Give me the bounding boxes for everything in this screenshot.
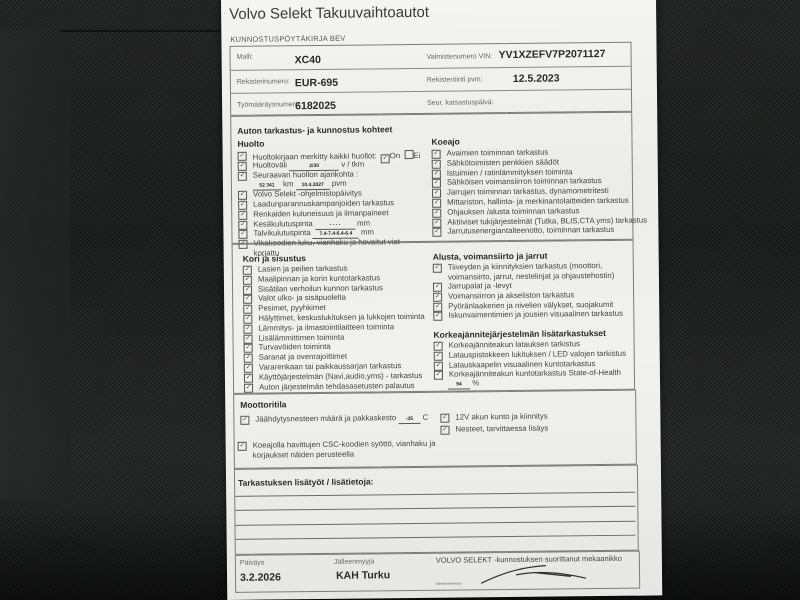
dealer-value: KAH Turku [336, 569, 390, 582]
checkbox-checked[interactable] [433, 283, 442, 292]
battery-label: 12V akun kunto ja kiinnitys [455, 412, 547, 422]
notes-line[interactable] [235, 492, 635, 497]
checkbox-checked[interactable] [243, 266, 252, 275]
checkbox-checked[interactable] [433, 302, 442, 311]
item-label: Avaimien toiminnan tarkastus [447, 148, 549, 158]
checkbox-checked[interactable] [432, 169, 441, 178]
checkbox-checked[interactable] [434, 361, 443, 370]
notes-title: Tarkastuksen lisätyöt / lisätietoja: [238, 476, 374, 487]
item-label: Jarrupalat ja -levyt [448, 281, 512, 291]
pvm-unit: pvm [332, 179, 347, 188]
notes-line[interactable] [235, 506, 635, 511]
soh-value[interactable]: 94 [448, 381, 470, 389]
item-label: Istuimien / ratinlämmityksen toiminta [447, 167, 573, 177]
item-label: Lisälämmittimen toiminta [258, 332, 344, 342]
tread-unit: mm [357, 218, 370, 227]
item-label: Saranat ja ovenrajoittimet [259, 352, 348, 362]
winter-tread-label: Talvikulutuspinta [253, 228, 310, 238]
checkbox-checked[interactable] [244, 383, 253, 392]
checkbox-checked[interactable] [238, 171, 247, 180]
checkbox-checked[interactable] [238, 152, 247, 161]
item-label: Lämmitys- ja ilmastointilaitteen toimint… [258, 322, 394, 332]
checkbox-checked[interactable] [238, 211, 247, 220]
checkbox-checked[interactable] [433, 264, 442, 273]
item-label: Sähköisen voimansiirron toiminnan tarkas… [447, 176, 602, 187]
item-label: Valot ulko- ja sisäpuolelta [258, 293, 346, 303]
body-chassis-section: Kori ja sisustus Lasien ja peilien tarka… [232, 240, 636, 394]
next-service-label: Seuraavan huollon ajankohta : [253, 169, 358, 179]
work-order-value: 6182025 [295, 100, 336, 112]
checklist-item[interactable]: Auton järjestelmän tehdasasetusten palau… [244, 380, 434, 392]
checkbox-checked[interactable] [240, 416, 249, 425]
engine-title: Moottoritila [240, 399, 286, 409]
checkbox-checked[interactable] [238, 191, 247, 200]
summer-tread-label: Kesäkulutuspinta [253, 219, 312, 229]
form-code: KUNNOSTUSPÖYTÄKIRJA BEV [230, 34, 345, 44]
item-label: Jarrutusenergiantalteenotto, toiminnan t… [447, 225, 614, 236]
registration-date-label: Rekisteröinti pvm: [427, 76, 483, 84]
km-unit: km [283, 180, 293, 189]
checkbox-checked[interactable] [243, 275, 252, 284]
checkbox-checked[interactable] [432, 228, 441, 237]
soh-row: 94 % [448, 378, 479, 389]
checkbox-checked[interactable] [434, 371, 443, 380]
seat-side-bolster [0, 30, 70, 500]
checkbox-checked[interactable] [434, 351, 443, 360]
koeajo-list: Avaimien toiminnan tarkastusSähkötoimist… [432, 147, 633, 237]
item-label: Renkaiden kuluneisuus ja ilmanpaineet [253, 208, 388, 218]
item-label: Ohjauksen /alusta toiminnan tarkastus [447, 206, 579, 216]
checkbox-checked[interactable] [243, 295, 252, 304]
checkbox-checked[interactable] [238, 442, 247, 451]
checklist-item[interactable]: Jarrutusenergiantalteenotto, toiminnan t… [432, 225, 632, 237]
vin-label: Valmistenumero VIN: [427, 53, 493, 61]
item-label: Maalipinnan ja korin kuntotarkastus [258, 273, 380, 283]
fluids-label: Nesteet, tarvittaessa lisäys [455, 424, 548, 434]
checkbox-checked[interactable] [238, 162, 247, 171]
checkbox-checked[interactable] [244, 334, 253, 343]
mechanic-signature [476, 560, 596, 587]
model-label: Malli: [237, 54, 253, 61]
checkbox-checked[interactable] [244, 364, 253, 373]
checklist-item-csc-codes[interactable]: Koeajolla havittujen CSC-koodien syöttö,… [238, 439, 453, 460]
notes-section: Tarkastuksen lisätyöt / lisätietoja: [234, 465, 639, 555]
checkbox-checked[interactable] [432, 179, 441, 188]
hv-list: Korkeajänniteakun latauksen tarkistusLat… [434, 339, 632, 380]
item-label: Turvavöiden toiminta [259, 342, 331, 352]
checkbox-checked[interactable] [243, 315, 252, 324]
checkbox-checked[interactable] [238, 230, 247, 239]
kori-title: Kori ja sisustus [243, 253, 306, 264]
checkbox-checked[interactable] [433, 312, 442, 321]
inspection-section: Auton tarkastus- ja kunnostus kohteet Hu… [230, 112, 633, 244]
checklist-item-fluids[interactable]: Nesteet, tarvittaessa lisäys [440, 424, 548, 435]
checkbox-checked[interactable] [433, 292, 442, 301]
checkbox-checked[interactable] [238, 201, 247, 210]
item-label: Volvo Selekt -ohjelmistopäivitys [253, 189, 362, 199]
vin-value: YV1XZEFV7P2071127 [499, 48, 606, 61]
checkbox-checked[interactable] [440, 414, 449, 423]
checkbox-checked[interactable] [440, 426, 449, 435]
checklist-item-12v-battery[interactable]: 12V akun kunto ja kiinnitys [440, 412, 547, 423]
item-label: Auton järjestelmän tehdasasetusten palau… [259, 381, 415, 392]
date-value: 3.2.2026 [240, 571, 281, 583]
item-label: Pesimet, pyyhkimet [258, 303, 326, 313]
item-label: Korkeajänniteakun latauksen tarkistus [449, 339, 580, 349]
tread-unit: mm [361, 228, 374, 237]
alusta-title: Alusta, voimansiirto ja jarrut [433, 251, 548, 262]
item-label: Laadunparannuskampanjoiden tarkastus [253, 198, 394, 208]
seat-seam [60, 30, 220, 32]
checkbox-ei-unchecked[interactable] [404, 150, 413, 159]
registration-label: Rekisterinumero: [237, 78, 290, 86]
footer-section: Päiväys 3.2.2026 Jälleenmyyjä KAH Turku … [235, 551, 640, 593]
checkbox-checked[interactable] [243, 324, 252, 333]
checkbox-checked[interactable] [244, 354, 253, 363]
checkbox-checked[interactable] [432, 189, 441, 198]
checkbox-checked[interactable] [243, 285, 252, 294]
signature-caption: Nimenselvennys [436, 582, 462, 586]
item-label: Tiiveyden ja kiinnityksien tarkastus (mo… [448, 261, 615, 281]
kori-list: Lasien ja peilien tarkastusMaalipinnan j… [243, 263, 434, 392]
registration-value: EUR-695 [295, 77, 338, 89]
alusta-list: Tiiveyden ja kiinnityksien tarkastus (mo… [433, 261, 632, 321]
item-label: Sähkötoimisten penkkien säädöt [447, 157, 559, 167]
hv-title: Korkeajännitejärjestelmän lisätarkastuks… [433, 328, 606, 340]
checkbox-checked[interactable] [244, 373, 253, 382]
checkbox-checked[interactable] [432, 208, 441, 217]
notes-line[interactable] [236, 535, 636, 540]
model-value: XC40 [295, 54, 321, 66]
coolant-label: Jäähdytysnesteen määrä ja pakkaskesto [255, 413, 396, 423]
dealer-label: Jälleenmyyjä [334, 558, 375, 565]
huolto-title: Huolto [237, 139, 264, 149]
checklist-item[interactable]: Iskunvaimentimien ja jousien visuaalinen… [433, 309, 631, 321]
inspection-form: Volvo Selekt Takuuvaihtoautot KUNNOSTUSP… [221, 0, 662, 600]
item-label: Iskunvaimentimien ja jousien visuaalinen… [448, 309, 623, 320]
checkbox-checked[interactable] [432, 218, 441, 227]
engine-section: Moottoritila Jäähdytysnesteen määrä ja p… [233, 390, 637, 469]
checklist-item-coolant[interactable]: Jäähdytysnesteen määrä ja pakkaskesto -3… [240, 413, 428, 425]
date-label: Päiväys [240, 560, 265, 567]
soh-unit: % [472, 378, 479, 387]
checkbox-checked[interactable] [432, 160, 441, 169]
checkbox-checked[interactable] [432, 150, 441, 159]
service-interval-unit: v / tkm [341, 159, 364, 168]
registration-date-value: 12.5.2023 [513, 72, 560, 84]
item-label: Sisätilan verhoilun kunnon tarkastus [258, 283, 383, 293]
next-inspection-label: Seur. katsastuspäivä: [427, 99, 494, 107]
item-label: Latauskaapelin visuaalinen kuntotarkastu… [449, 359, 596, 370]
checkbox-checked[interactable] [243, 305, 252, 314]
coolant-value[interactable]: -35 [398, 416, 420, 424]
checkbox-checked[interactable] [434, 342, 443, 351]
item-label: Voimansiirron ja akseliston tarkastus [448, 290, 574, 300]
vehicle-info-box: Malli: XC40 Valmistenumero VIN: YV1XZEFV… [229, 42, 632, 116]
work-order-label: Työmääräysnumero: [237, 101, 301, 109]
checklist-item[interactable]: Tiiveyden ja kiinnityksien tarkastus (mo… [433, 261, 631, 282]
item-label: Lasien ja peilien tarkastus [258, 264, 348, 274]
checkbox-checked[interactable] [244, 344, 253, 353]
checkbox-checked[interactable] [238, 220, 247, 229]
inspection-title: Auton tarkastus- ja kunnostus kohteet [237, 124, 392, 136]
service-interval-label: Huoltoväli [253, 160, 287, 169]
checkbox-checked[interactable] [432, 199, 441, 208]
coolant-unit: C [423, 413, 429, 422]
item-label: Vararenkaan tai paikkaussarjan tarkastus [259, 361, 402, 371]
notes-line[interactable] [235, 521, 635, 526]
document-title: Volvo Selekt Takuuvaihtoautot [229, 4, 429, 23]
koeajo-title: Koeajo [431, 137, 459, 147]
csc-label: Koeajolla havittujen CSC-koodien syöttö,… [253, 439, 436, 459]
